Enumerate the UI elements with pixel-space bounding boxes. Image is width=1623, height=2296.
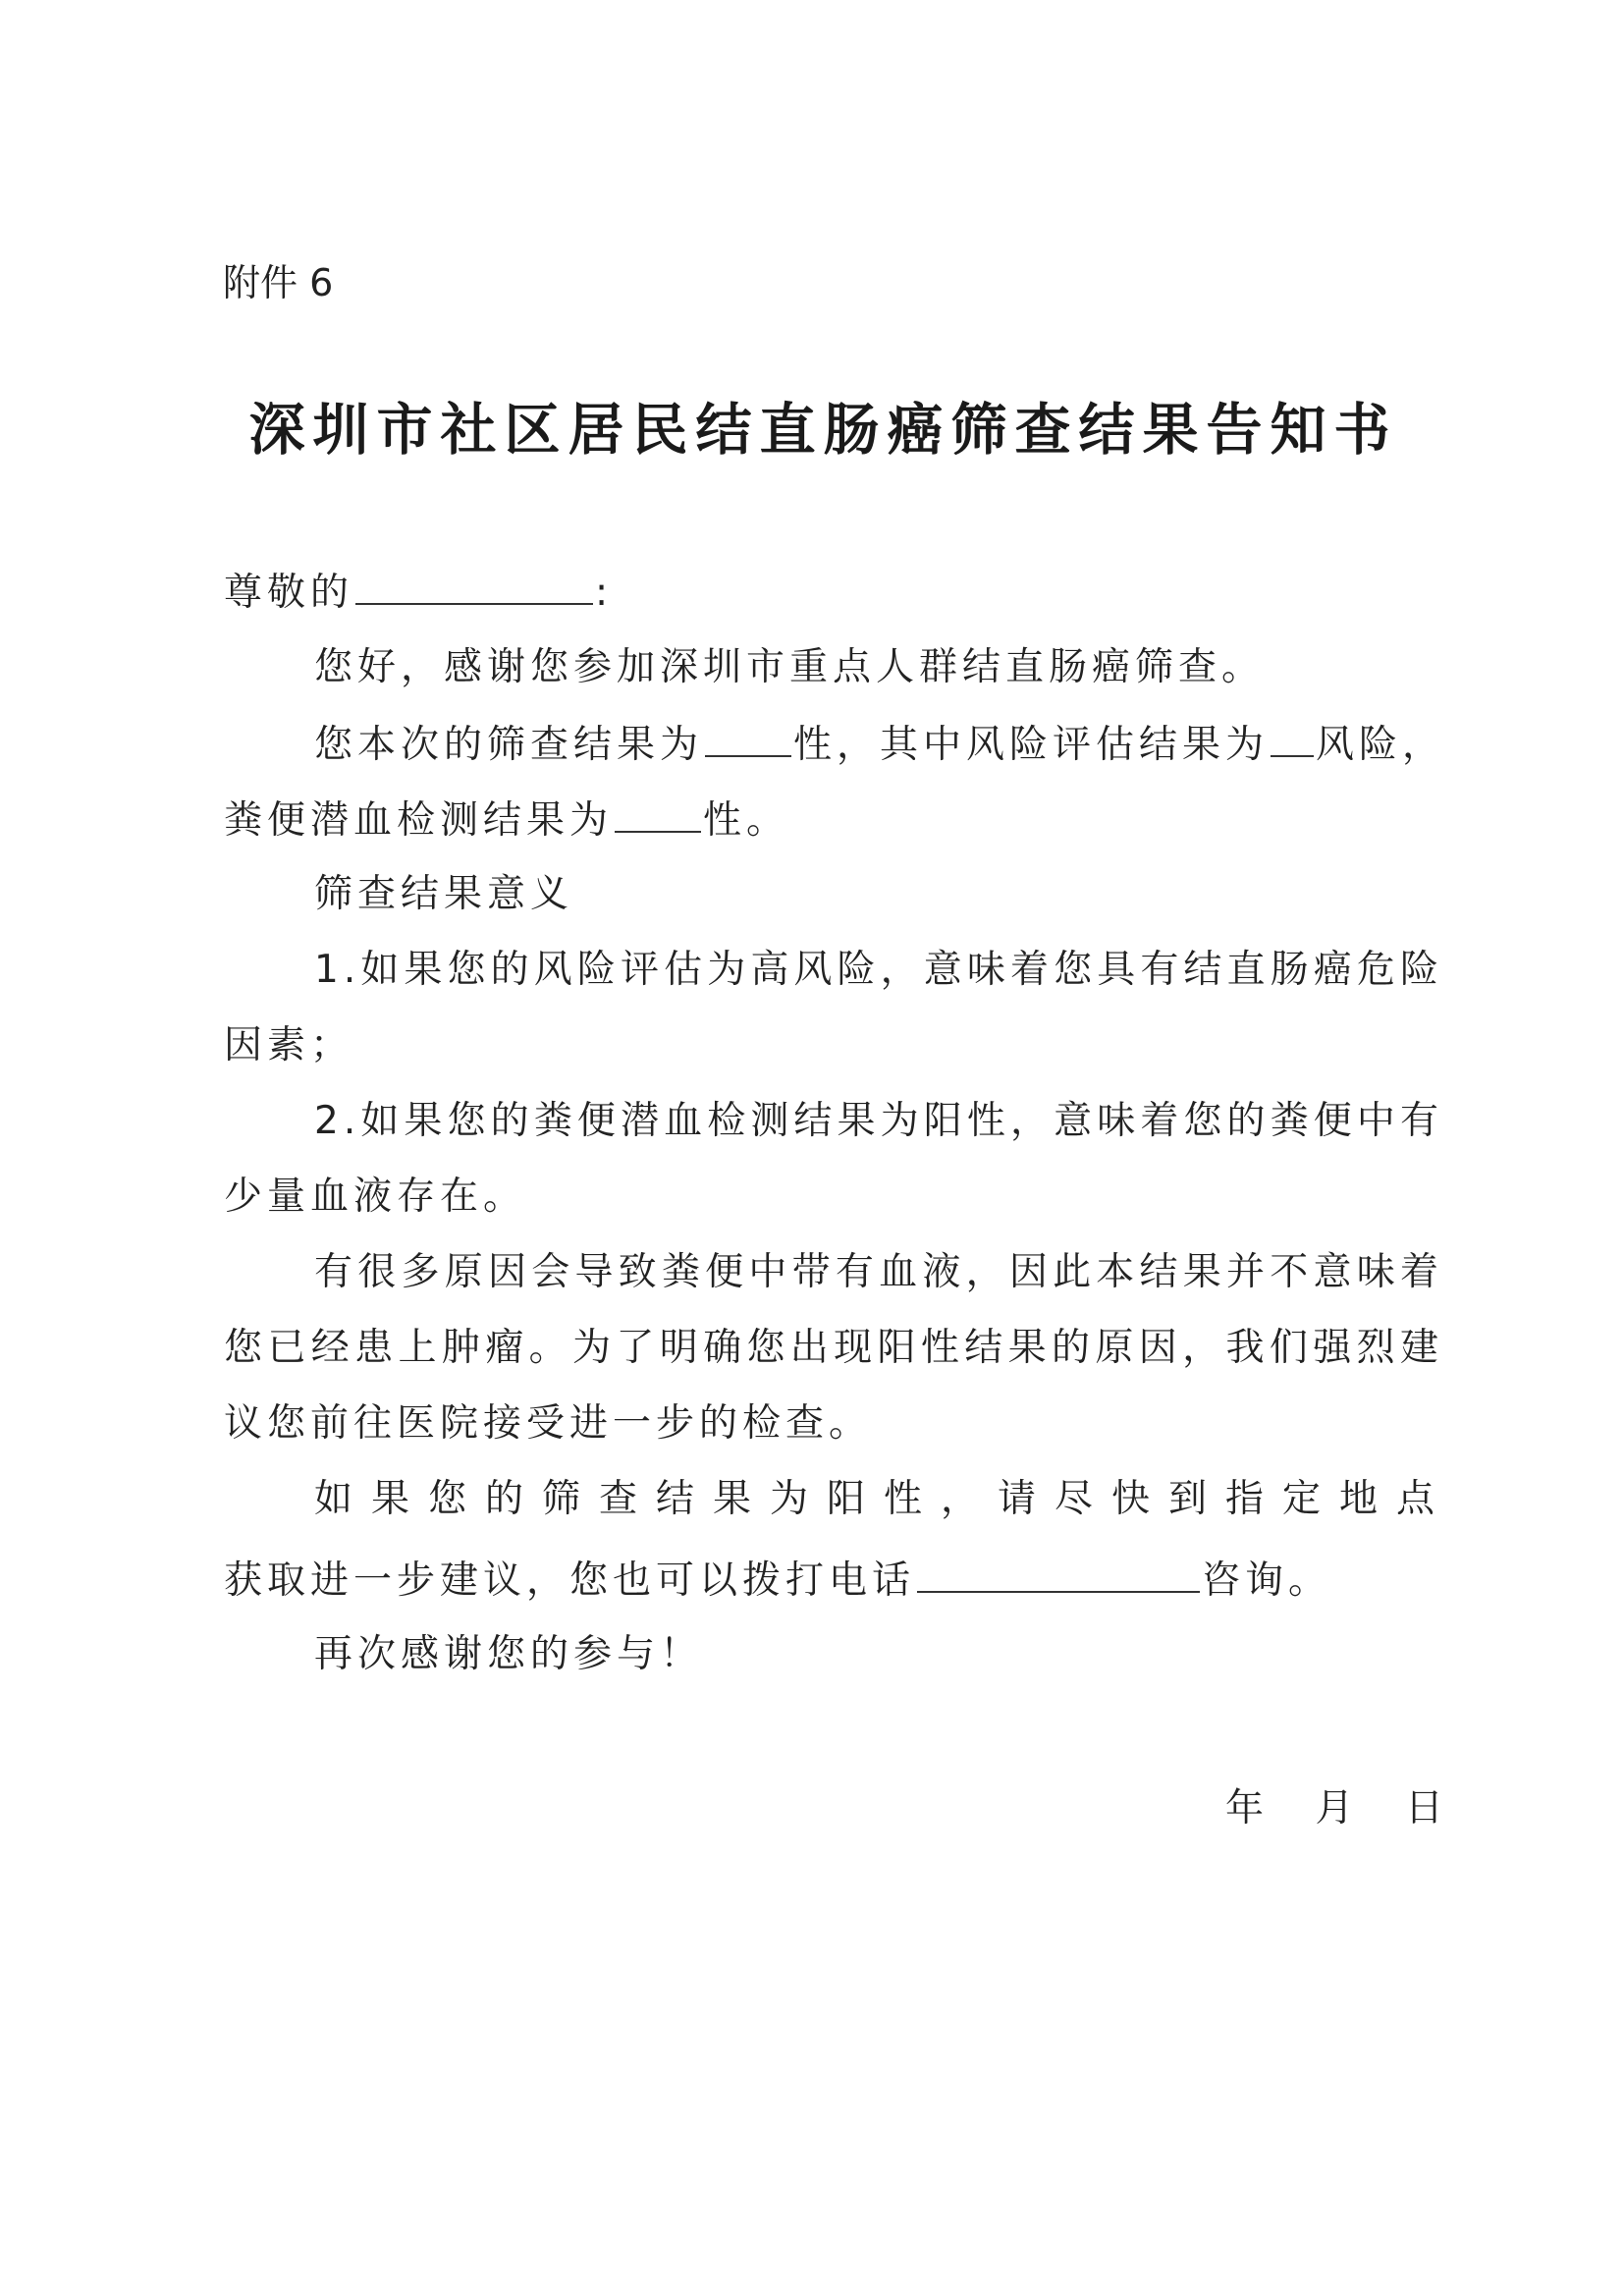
advice-text-suffix: 咨询。 [1202, 1558, 1331, 1603]
result-line-1: 您本次的筛查结果为性，其中风险评估结果为风险， [224, 716, 1443, 771]
document-page: 附件 6 深圳市社区居民结直肠癌筛查结果告知书 尊敬的: 您好，感谢您参加深圳市… [0, 0, 1623, 2296]
advice-line-1: 如果您的筛查结果为阳性，请尽快到指定地点 [224, 1472, 1443, 1527]
salutation-suffix: : [595, 571, 613, 615]
closing-line: 再次感谢您的参与！ [224, 1627, 1443, 1682]
result-text-4: 粪便潜血检测结果为 [224, 798, 613, 843]
year-label: 年 [1225, 1781, 1264, 1836]
date-line: 年 月 日 [1225, 1781, 1443, 1836]
greeting-line: 您好，感谢您参加深圳市重点人群结直肠癌筛查。 [224, 640, 1443, 695]
salutation-line: 尊敬的: [224, 564, 1443, 619]
result-line-2: 粪便潜血检测结果为性。 [224, 792, 1443, 847]
month-label: 月 [1315, 1781, 1353, 1836]
meaning-item-1-line-1: 1.如果您的风险评估为高风险，意味着您具有结直肠癌危险 [224, 943, 1443, 998]
advice-line-2: 获取进一步建议，您也可以拨打电话咨询。 [224, 1552, 1443, 1607]
meaning-item-2-line-1: 2.如果您的粪便潜血检测结果为阳性，意味着您的粪便中有 [224, 1094, 1443, 1149]
attachment-label: 附件 6 [223, 259, 333, 306]
result-text-2: 性，其中风险评估结果为 [793, 723, 1269, 767]
result-text-1: 您本次的筛查结果为 [314, 723, 703, 767]
screening-result-blank[interactable] [705, 716, 791, 757]
advice-text-prefix: 获取进一步建议，您也可以拨打电话 [224, 1558, 915, 1603]
explanation-line-3: 议您前往医院接受进一步的检查。 [224, 1396, 1443, 1451]
risk-assessment-blank[interactable] [1271, 716, 1314, 757]
day-label: 日 [1405, 1781, 1443, 1836]
fobt-result-blank[interactable] [615, 792, 701, 833]
meaning-item-2-line-2: 少量血液存在。 [224, 1170, 1443, 1225]
result-text-5: 性。 [703, 798, 789, 843]
explanation-line-2: 您已经患上肿瘤。为了明确您出现阳性结果的原因，我们强烈建 [224, 1321, 1443, 1376]
document-title: 深圳市社区居民结直肠癌筛查结果告知书 [0, 395, 1623, 465]
result-text-3: 风险， [1316, 723, 1445, 767]
meaning-item-1-line-2: 因素； [224, 1018, 1443, 1073]
recipient-name-blank[interactable] [355, 564, 593, 605]
meaning-heading: 筛查结果意义 [224, 867, 1443, 922]
phone-number-blank[interactable] [917, 1552, 1200, 1593]
salutation-prefix: 尊敬的 [224, 571, 353, 615]
explanation-line-1: 有很多原因会导致粪便中带有血液，因此本结果并不意味着 [224, 1245, 1443, 1300]
